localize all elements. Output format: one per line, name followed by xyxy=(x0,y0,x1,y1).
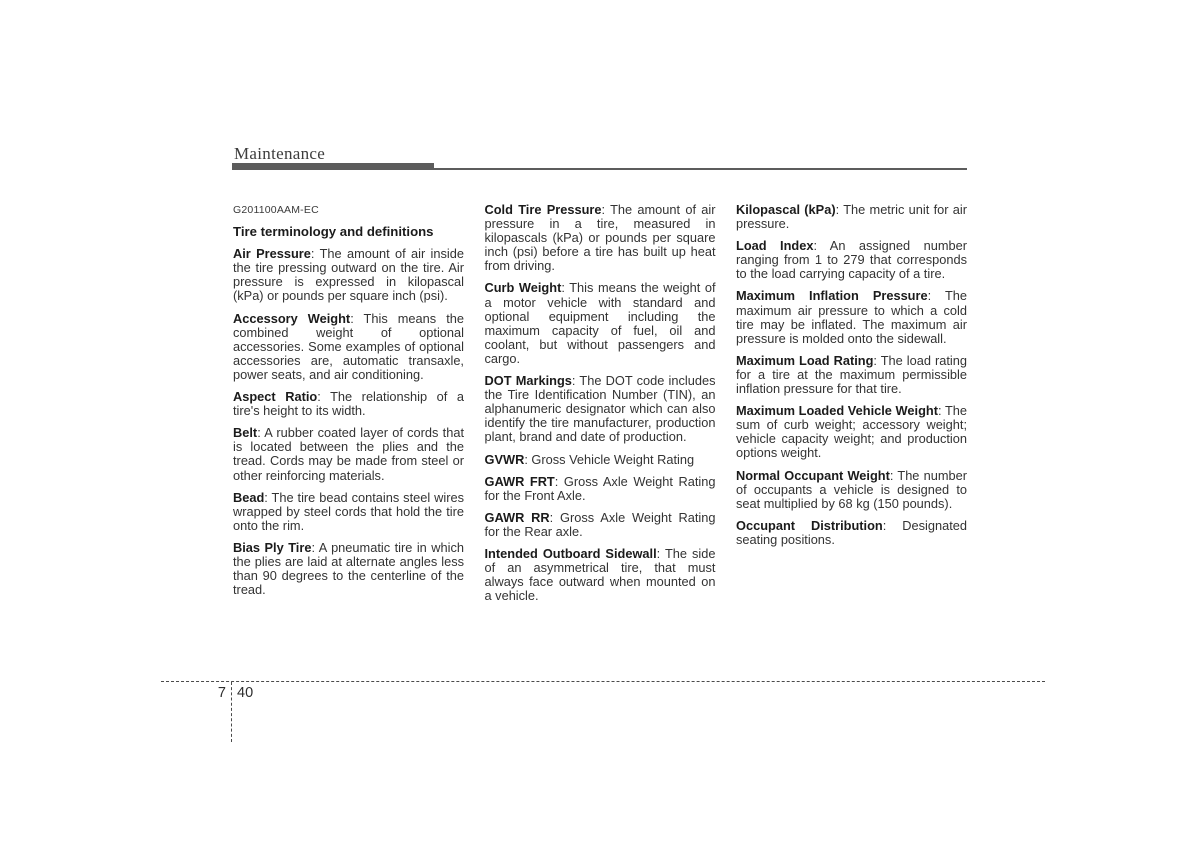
definition-gawr-rr: GAWR RR: Gross Axle Weight Rating for th… xyxy=(485,511,716,539)
term: DOT Markings xyxy=(485,373,572,388)
column-3: Kilopascal (kPa): The metric unit for ai… xyxy=(736,203,967,603)
footer-dashed-rule xyxy=(161,681,1045,682)
definition-text: : A rubber coated layer of cords that is… xyxy=(233,425,464,482)
header-thin-rule xyxy=(434,168,967,170)
definition-kilopascal: Kilopascal (kPa): The metric unit for ai… xyxy=(736,203,967,231)
footer-chapter-number: 7 xyxy=(206,685,226,701)
term: Maximum Load Rating xyxy=(736,353,873,368)
footer-dashed-divider xyxy=(231,682,232,742)
definition-text: : The tire bead contains steel wires wra… xyxy=(233,490,464,533)
definition-belt: Belt: A rubber coated layer of cords tha… xyxy=(233,426,464,482)
definitions-columns: G201100AAM-EC Tire terminology and defin… xyxy=(233,203,967,603)
term: GVWR xyxy=(485,452,525,467)
term: Belt xyxy=(233,425,257,440)
definition-curb-weight: Curb Weight: This means the weight of a … xyxy=(485,281,716,366)
definition-aspect-ratio: Aspect Ratio: The relationship of a tire… xyxy=(233,390,464,418)
definition-dot-markings: DOT Markings: The DOT code includes the … xyxy=(485,374,716,444)
term: Bead xyxy=(233,490,264,505)
definition-load-index: Load Index: An assigned number ranging f… xyxy=(736,239,967,281)
definition-maximum-inflation-pressure: Maximum Inflation Pressure: The maximum … xyxy=(736,289,967,345)
term: Aspect Ratio xyxy=(233,389,317,404)
definition-maximum-loaded-vehicle-weight: Maximum Loaded Vehicle Weight: The sum o… xyxy=(736,404,967,460)
footer-page-number: 40 xyxy=(237,685,253,701)
term: Maximum Loaded Vehicle Weight xyxy=(736,403,938,418)
definition-cold-tire-pressure: Cold Tire Pressure: The amount of air pr… xyxy=(485,203,716,273)
definition-bead: Bead: The tire bead contains steel wires… xyxy=(233,491,464,533)
manual-page: Maintenance G201100AAM-EC Tire terminolo… xyxy=(0,0,1200,848)
definition-air-pressure: Air Pressure: The amount of air inside t… xyxy=(233,247,464,303)
definition-normal-occupant-weight: Normal Occupant Weight: The number of oc… xyxy=(736,469,967,511)
column-2: Cold Tire Pressure: The amount of air pr… xyxy=(485,203,716,603)
term: Occupant Distribution xyxy=(736,518,883,533)
definition-gawr-frt: GAWR FRT: Gross Axle Weight Rating for t… xyxy=(485,475,716,503)
section-title: Tire terminology and definitions xyxy=(233,225,464,239)
definition-accessory-weight: Accessory Weight: This means the combine… xyxy=(233,312,464,382)
term: Air Pressure xyxy=(233,246,311,261)
section-code: G201100AAM-EC xyxy=(233,203,464,217)
definition-gvwr: GVWR: Gross Vehicle Weight Rating xyxy=(485,453,716,467)
definition-maximum-load-rating: Maximum Load Rating: The load rating for… xyxy=(736,354,967,396)
term: Kilopascal (kPa) xyxy=(736,202,836,217)
term: Bias Ply Tire xyxy=(233,540,311,555)
term: Curb Weight xyxy=(485,280,562,295)
definition-intended-outboard-sidewall: Intended Outboard Sidewall: The side of … xyxy=(485,547,716,603)
header-thick-bar xyxy=(232,163,434,170)
term: GAWR FRT xyxy=(485,474,555,489)
term: Normal Occupant Weight xyxy=(736,468,890,483)
term: Intended Outboard Sidewall xyxy=(485,546,657,561)
column-1: G201100AAM-EC Tire terminology and defin… xyxy=(233,203,464,603)
term: Maximum Inflation Pressure xyxy=(736,288,928,303)
chapter-header-title: Maintenance xyxy=(234,144,325,164)
definition-text: : Gross Vehicle Weight Rating xyxy=(524,452,694,467)
term: Cold Tire Pressure xyxy=(485,202,602,217)
term: Accessory Weight xyxy=(233,311,350,326)
term: Load Index xyxy=(736,238,813,253)
definition-occupant-distribution: Occupant Distribution: Designated seatin… xyxy=(736,519,967,547)
definition-bias-ply-tire: Bias Ply Tire: A pneumatic tire in which… xyxy=(233,541,464,597)
term: GAWR RR xyxy=(485,510,550,525)
